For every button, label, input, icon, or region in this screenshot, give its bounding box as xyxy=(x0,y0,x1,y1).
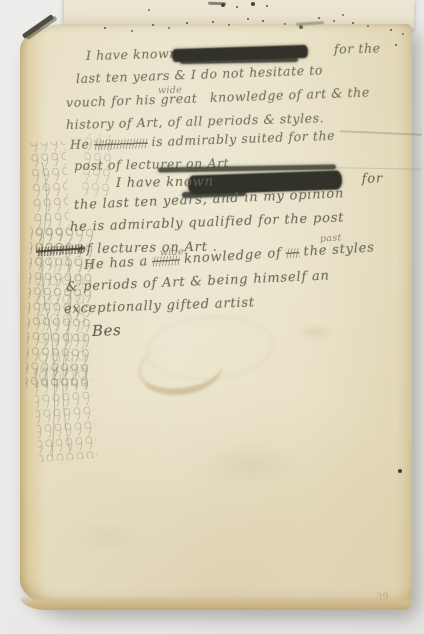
signature-text: Bes xyxy=(92,321,122,340)
handwriting-text: is admirably suited for the xyxy=(151,128,335,149)
notebook-page: I have knownfor the last ten years & I d… xyxy=(20,24,412,610)
pencil-stray-line xyxy=(340,130,422,135)
handwriting-text: He has a xyxy=(84,254,149,273)
stain-blob-mark xyxy=(296,324,334,340)
handwriting-text: the styles xyxy=(303,240,375,259)
handwriting-text: I have known xyxy=(86,46,178,63)
page-bottom-edge xyxy=(20,596,412,610)
inserted-word: wide xyxy=(160,247,185,258)
smudge-mark xyxy=(200,442,300,488)
ink-dash-mark xyxy=(208,2,226,6)
pencil-stroke xyxy=(22,14,54,39)
pencil-stray-line xyxy=(336,167,422,170)
smudge-mark xyxy=(72,520,142,554)
handwriting-text: knowledge of art & the xyxy=(210,84,370,105)
strikeout-scribble xyxy=(93,138,147,150)
handwriting-line-2: last ten years & I do not hesitate to xyxy=(76,62,324,86)
inserted-word: wide xyxy=(158,86,182,96)
handwriting-line-3: vouch for his great knowledge of art & t… xyxy=(66,84,370,110)
strikeout-scribble xyxy=(285,247,300,258)
handwriting-text: I have known xyxy=(116,174,214,191)
scanned-notebook-photo: I have knownfor the last ten years & I d… xyxy=(0,0,424,634)
handwriting-text: for xyxy=(362,171,384,186)
handwriting-text: for the xyxy=(334,40,381,56)
ink-specks xyxy=(0,0,2,2)
handwriting-text: He xyxy=(70,136,90,152)
